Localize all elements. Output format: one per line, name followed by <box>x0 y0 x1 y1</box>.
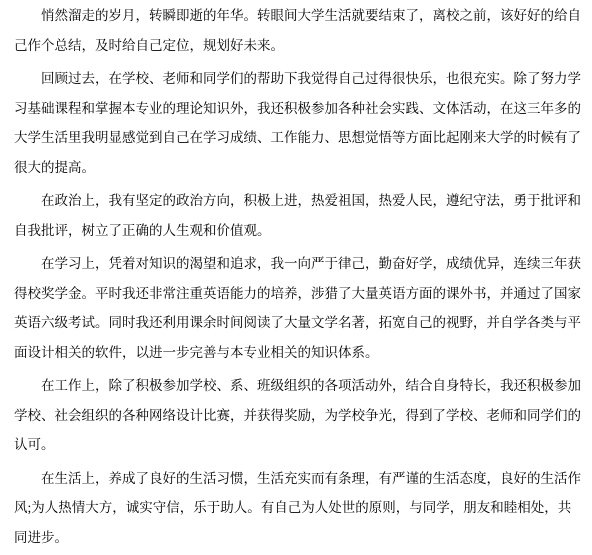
paragraph-review: 回顾过去，在学校、老师和同学们的帮助下我觉得自己过得很快乐，也很充实。除了努力学… <box>14 64 584 182</box>
paragraph-intro: 悄然溜走的岁月，转瞬即逝的年华。转眼间大学生活就要结束了，离校之前，该好好的给自… <box>14 1 584 60</box>
paragraph-politics: 在政治上，我有坚定的政治方向，积极上进，热爱祖国，热爱人民，遵纪守法，勇于批评和… <box>14 186 584 245</box>
paragraph-work: 在工作上，除了积极参加学校、系、班级组织的各项活动外，结合自身特长，我还积极参加… <box>14 371 584 460</box>
document-page: 悄然溜走的岁月，转瞬即逝的年华。转眼间大学生活就要结束了，离校之前，该好好的给自… <box>0 0 592 555</box>
paragraph-study: 在学习上，凭着对知识的渴望和追求，我一向严于律己，勤奋好学，成绩优异，连续三年获… <box>14 249 584 367</box>
paragraph-life: 在生活上，养成了良好的生活习惯，生活充实而有条理，有严谨的生活态度，良好的生活作… <box>14 464 584 553</box>
